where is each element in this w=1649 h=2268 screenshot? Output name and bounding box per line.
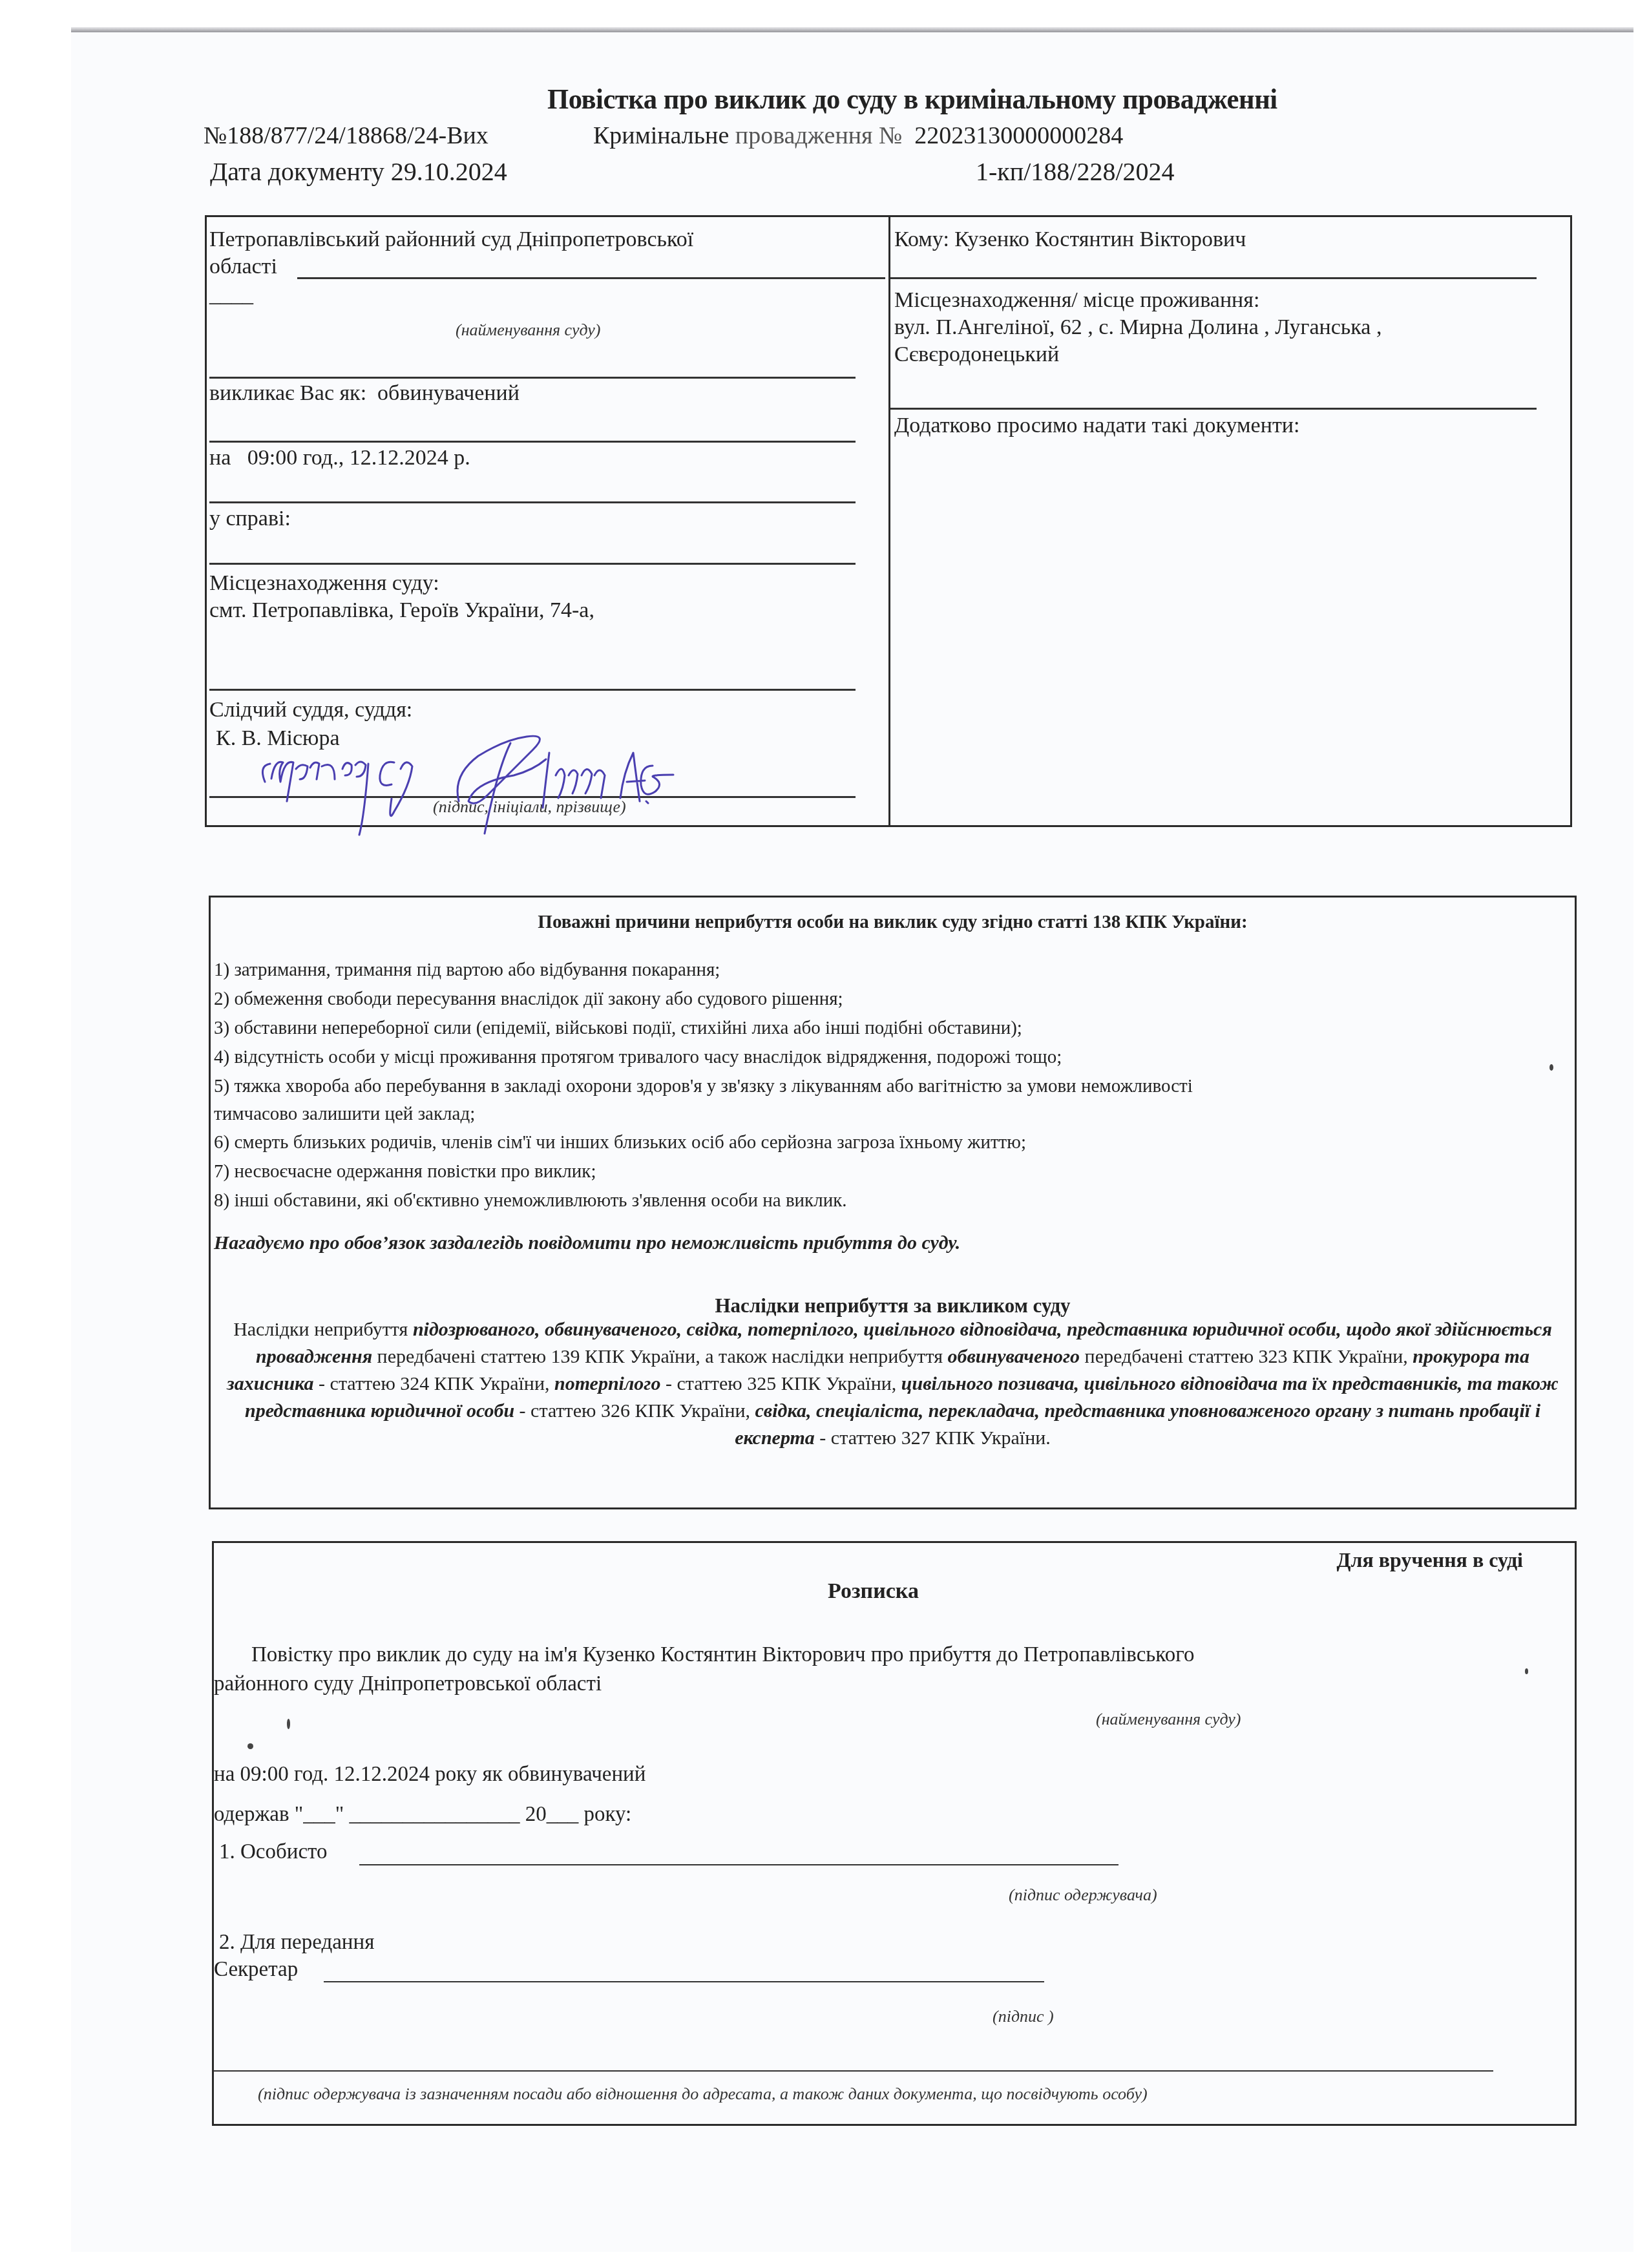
residence-line1: вул. П.Ангеліної, 62 , с. Мирна Долина ,…	[894, 314, 1381, 341]
case-number: 1-кп/188/228/2024	[976, 156, 1175, 187]
final-signature-caption: (підпис одержувача із зазначенням посади…	[258, 2084, 1148, 2104]
consequences-text: Наслідки неприбуття	[233, 1319, 413, 1340]
reason-item: 6) смерть близьких родичів, членів сім'ї…	[214, 1131, 1026, 1153]
scan-speck	[247, 1743, 253, 1749]
reason-item: 8) інші обставини, які об'єктивно унемож…	[214, 1190, 847, 1212]
summoned-as: викликає Вас як: обвинувачений	[209, 380, 520, 407]
secretary-signature-caption: (підпис )	[993, 2007, 1054, 2026]
handwritten-signature-icon	[246, 730, 866, 840]
court-name-tail: ____	[209, 282, 253, 309]
court-name-line1: Петропавлівський районний суд Дніпропетр…	[209, 226, 693, 253]
document-title: Повістка про виклик до суду в кримінальн…	[25, 83, 1624, 116]
document-number: №188/877/24/18868/24-Вих	[204, 121, 488, 150]
summoned-as-label: викликає Вас як:	[209, 381, 366, 405]
secretary-label: Секретар	[214, 1958, 298, 1982]
reason-item: 4) відсутність особи у місці проживання …	[214, 1046, 1062, 1068]
divider-line	[209, 563, 856, 565]
appearance-time: на 09:00 год., 12.12.2024 р.	[209, 445, 470, 472]
residence-line2: Сєвєродонецький	[894, 341, 1059, 368]
consequences-title: Наслідки неприбуття за викликом суду	[211, 1294, 1575, 1318]
criminal-proceeding-label-soft: провадження №	[735, 122, 903, 149]
residence-label: Місцезнаходження/ місце проживання:	[894, 287, 1259, 314]
for-transfer-label: 2. Для передання	[219, 1931, 374, 1955]
valid-reasons-title: Поважні причини неприбуття особи на викл…	[211, 912, 1575, 933]
reason-item: 7) несвоєчасне одержання повістки про ви…	[214, 1160, 596, 1182]
scan-speck	[1549, 1064, 1553, 1071]
consequences-emphasis: обвинуваченого	[947, 1346, 1080, 1367]
delivery-note: Для вручення в суді	[1337, 1548, 1524, 1572]
final-signature-field[interactable]	[214, 2070, 1493, 2072]
divider-line	[209, 377, 856, 379]
court-name-underline	[297, 277, 885, 279]
receipt-body-line2: районного суду Дніпропетровської області	[214, 1672, 602, 1696]
divider-line	[890, 277, 1537, 279]
judge-label: Слідчий суддя, суддя:	[209, 697, 412, 724]
reason-item: 1) затримання, тримання під вартою або в…	[214, 959, 720, 981]
reason-item: тимчасово залишити цей заклад;	[214, 1103, 475, 1125]
document-date-value: 29.10.2024	[391, 157, 507, 186]
appearance-time-prefix: на	[209, 446, 231, 470]
consequences-text: - статтею 324 КПК України,	[314, 1373, 554, 1394]
court-name-caption: (найменування суду)	[1096, 1710, 1241, 1729]
consequences-body: Наслідки неприбуття підозрюваного, обвин…	[217, 1316, 1568, 1452]
received-date-field[interactable]: одержав "___" ________________ 20___ рок…	[214, 1803, 631, 1827]
receipt-body-line1: Повістку про виклик до суду на ім'я Кузе…	[251, 1643, 1194, 1667]
court-name-line2: області	[209, 253, 277, 280]
recipient: Кому: Кузенко Костянтин Вікторович	[894, 226, 1246, 253]
valid-reasons-box: Поважні причини неприбуття особи на викл…	[209, 896, 1577, 1509]
receipt-time-line: на 09:00 год. 12.12.2024 року як обвинув…	[214, 1763, 646, 1787]
secretary-signature-field[interactable]	[324, 1981, 1044, 1982]
personally-label: 1. Особисто	[219, 1840, 328, 1864]
summoned-as-value: обвинувачений	[377, 381, 520, 405]
consequences-text: - статтею 327 КПК України.	[815, 1427, 1051, 1449]
reason-item: 5) тяжка хвороба або перебування в закла…	[214, 1075, 1193, 1097]
reason-item: 2) обмеження свободи пересування внаслід…	[214, 988, 843, 1010]
reminder-text: Нагадуємо про обов’язок заздалегідь пові…	[214, 1232, 960, 1254]
criminal-proceeding: Кримінальне провадження № 22023130000000…	[593, 121, 1123, 150]
consequences-text: - статтею 326 КПК України,	[514, 1400, 755, 1422]
receipt-box: Для вручення в суді Розписка Повістку пр…	[212, 1541, 1577, 2126]
documents-label: Додатково просимо надати такі документи:	[894, 412, 1299, 439]
document-date: Дата документу 29.10.2024	[210, 156, 507, 187]
scan-speck	[1525, 1668, 1528, 1674]
scan-speck	[287, 1719, 290, 1729]
consequences-text: передбачені статтею 139 КПК України, а т…	[372, 1346, 947, 1367]
court-location-value: смт. Петропавлівка, Героїв України, 74-а…	[209, 597, 594, 624]
recipient-signature-caption: (підпис одержувача)	[1009, 1885, 1157, 1905]
criminal-proceeding-number: 22023130000000284	[914, 122, 1123, 149]
table-column-divider	[888, 217, 890, 825]
document-date-label: Дата документу	[210, 157, 384, 186]
court-name-caption: (найменування суду)	[456, 320, 600, 340]
case-label: у справі:	[209, 505, 291, 532]
reason-item: 3) обставини непереборної сили (епідемії…	[214, 1017, 1022, 1039]
consequences-text: - статтею 325 КПК України,	[660, 1373, 901, 1394]
consequences-text: передбачені статтею 323 КПК України,	[1080, 1346, 1413, 1367]
divider-line	[209, 689, 856, 691]
criminal-proceeding-label: Кримінальне	[593, 122, 729, 149]
divider-line	[890, 408, 1537, 410]
appearance-time-value: 09:00 год., 12.12.2024 р.	[247, 446, 470, 470]
divider-line	[209, 441, 856, 443]
divider-line	[209, 501, 856, 503]
personally-signature-field[interactable]	[359, 1864, 1119, 1865]
consequences-emphasis: потерпілого	[554, 1373, 660, 1394]
recipient-name: Кузенко Костянтин Вікторович	[954, 227, 1246, 251]
receipt-title: Розписка	[828, 1579, 919, 1604]
court-location-label: Місцезнаходження суду:	[209, 570, 439, 597]
recipient-label: Кому:	[894, 227, 949, 251]
